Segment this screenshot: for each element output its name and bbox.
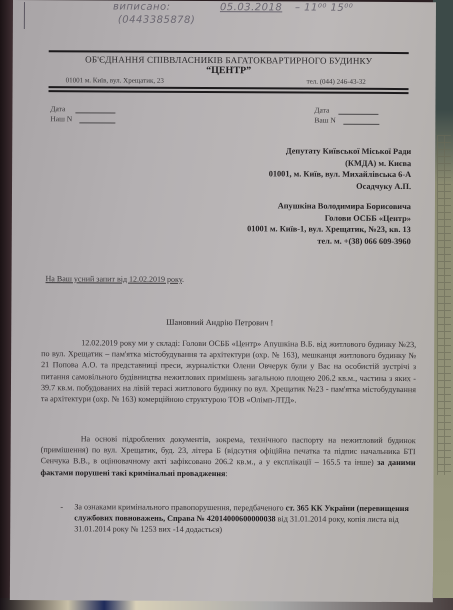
reference-text: На Ваш усний запит від 12.02.2019 року xyxy=(46,274,183,284)
handwritten-date: 05.03.2018 xyxy=(220,2,282,13)
paragraph-2-text: На основі підроблених документів, зокрем… xyxy=(41,434,416,467)
bullet-marker: - xyxy=(60,501,63,512)
field-label-date-left: Дата xyxy=(50,104,65,113)
bullet-text-plain: За ознаками кримінального правопорушення… xyxy=(74,502,283,512)
body-paragraph-2: На основі підроблених документів, зокрем… xyxy=(40,433,415,480)
field-label-your-number: Ваш N xyxy=(314,116,335,125)
field-label-our-number: Наш N xyxy=(50,114,72,123)
recipient-line: Депутату Київської Міської Ради xyxy=(269,145,411,157)
sender-block: Апушкіна Володимира Борисовича Голови ОС… xyxy=(247,200,411,247)
sender-line: Голови ОСББ «Центр» xyxy=(247,212,411,224)
recipient-line: Осадчуку А.П. xyxy=(269,180,411,192)
bullet-text: За ознаками кримінального правопорушення… xyxy=(74,501,411,536)
recipient-block: Депутату Київської Міської Ради (КМДА) м… xyxy=(269,145,412,192)
handwritten-margin-mark xyxy=(24,2,25,29)
recipient-line: (КМДА) м. Києва xyxy=(269,157,411,169)
handwritten-label: виписано: xyxy=(113,2,171,13)
handwritten-time-value: 11⁰⁰ 15⁰⁰ xyxy=(304,3,353,14)
sender-line: 01001 м. Київ-1, вул. Хрещатик, №23, кв.… xyxy=(247,223,411,235)
field-date-left[interactable] xyxy=(75,112,115,113)
greeting: Шановний Андрію Петрович ! xyxy=(166,318,273,328)
field-your-number[interactable] xyxy=(343,124,379,125)
body-paragraph-1: 12.02.2019 року ми у складі: Голови ОСББ… xyxy=(41,337,416,406)
document-page: виписано: 05.03.2018 – 11⁰⁰ 15⁰⁰ (044338… xyxy=(10,0,436,602)
reference-trailing: . xyxy=(182,275,184,284)
field-our-number[interactable] xyxy=(79,122,115,123)
org-phone: тел. (044) 246-43-32 xyxy=(307,78,366,86)
handwritten-dash: – xyxy=(295,2,301,13)
list-item: - За ознаками кримінального правопорушен… xyxy=(46,501,411,537)
paragraph-1-text: 12.02.2019 року ми у складі: Голови ОСББ… xyxy=(41,338,416,404)
sender-line: тел. м. +(38) 066 609-3960 xyxy=(247,235,411,247)
letterhead-rule-bottom-2 xyxy=(49,90,409,94)
field-date-right[interactable] xyxy=(338,114,378,115)
paragraph-2-end: : xyxy=(225,469,227,478)
recipient-line: 01001, м. Київ, вул. Михайлівська 6-А xyxy=(269,168,411,180)
sender-line: Апушкіна Володимира Борисовича xyxy=(247,200,411,212)
handwritten-time: – 11⁰⁰ 15⁰⁰ xyxy=(295,2,353,13)
background-crossword xyxy=(437,135,451,475)
reference-line: На Ваш усний запит від 12.02.2019 року. xyxy=(46,274,185,284)
org-short-name: “ЦЕНТР” xyxy=(49,64,409,77)
field-label-date-right: Дата xyxy=(314,106,329,115)
handwritten-phone: (0443385878) xyxy=(118,15,195,26)
org-address: 01001 м. Київ, вул. Хрещатик, 23 xyxy=(66,76,164,85)
